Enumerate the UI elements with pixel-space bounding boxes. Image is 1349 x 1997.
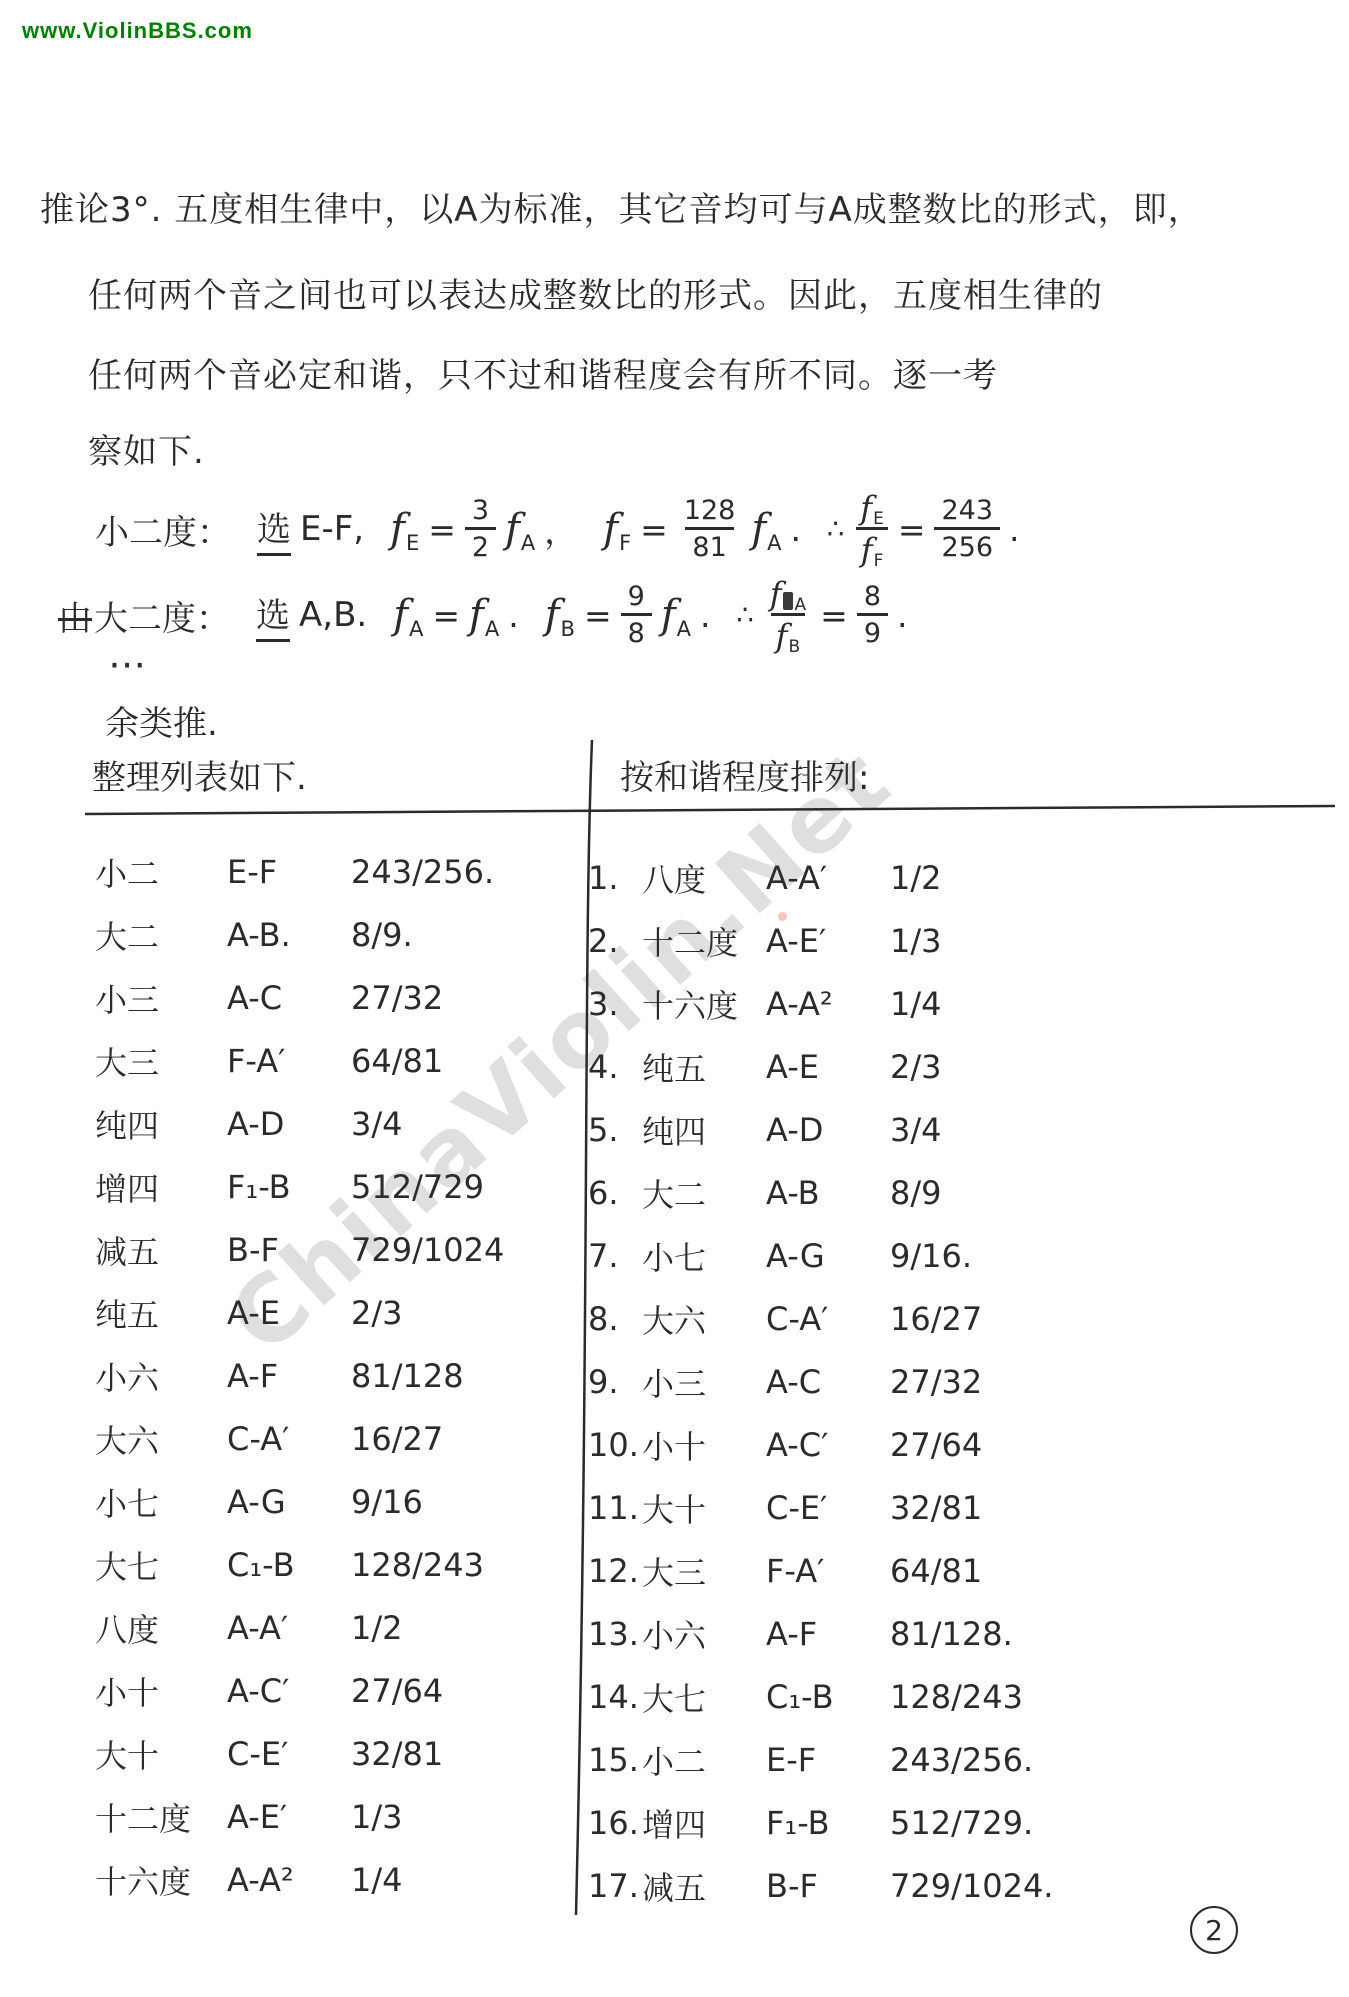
- table-row: 14. 大七 C₁-B 128/243: [588, 1665, 1053, 1728]
- row-number-cell: 16.: [588, 1804, 642, 1842]
- table-row: 12. 大三 F-A′ 64/81: [588, 1539, 1053, 1602]
- ratio-cell: 81/128: [351, 1357, 464, 1395]
- table-row: 减五 B-F 729/1024: [95, 1218, 504, 1281]
- notes-cell: B-F: [227, 1231, 343, 1269]
- interval-cell: 大十: [642, 1485, 766, 1531]
- interval-cell: 纯五: [642, 1044, 766, 1090]
- table-row: 小六 A-F 81/128: [95, 1344, 504, 1407]
- ratio-cell: 128/243: [351, 1546, 484, 1584]
- table-row: 十二度 A-E′ 1/3: [95, 1785, 504, 1848]
- notes-cell: B-F: [766, 1867, 882, 1905]
- interval-cell: 小二: [95, 849, 227, 895]
- interval-cell: 八度: [95, 1605, 227, 1651]
- table-row: 9. 小三 A-C 27/32: [588, 1350, 1053, 1413]
- harmony-order-table: 1. 八度 A-A′ 1/2 2. 十二度 A-E′ 1/3 3. 十六度 A-…: [588, 846, 1053, 1917]
- table-row: 7. 小七 A-G 9/16.: [588, 1224, 1053, 1287]
- ratio-cell: 8/9: [890, 1174, 942, 1212]
- scanned-notebook-page: ChinaViolin.Net www.ViolinBBS.com 推论3°. …: [0, 0, 1349, 1997]
- row-number-cell: 8.: [588, 1300, 642, 1338]
- scan-artifact-dot: [778, 912, 787, 921]
- interval-cell: 增四: [95, 1164, 227, 1210]
- table-row: 大二 A-B. 8/9.: [95, 903, 504, 966]
- table-row: 增四 F₁-B 512/729: [95, 1155, 504, 1218]
- table-row: 11. 大十 C-E′ 32/81: [588, 1476, 1053, 1539]
- interval-cell: 小二: [642, 1737, 766, 1783]
- notes-cell: A-C′: [227, 1672, 343, 1710]
- notes-cell: C-E′: [227, 1735, 343, 1773]
- ratio-cell: 1/4: [351, 1861, 403, 1899]
- ratio-cell: 1/2: [890, 859, 942, 897]
- interval-cell: 大七: [95, 1542, 227, 1588]
- table-row: 13. 小六 A-F 81/128.: [588, 1602, 1053, 1665]
- ratio-cell: 512/729.: [890, 1804, 1033, 1842]
- ratio-cell: 64/81: [351, 1042, 443, 1080]
- table-row: 八度 A-A′ 1/2: [95, 1596, 504, 1659]
- interval-cell: 小七: [95, 1479, 227, 1525]
- ratio-cell: 1/4: [890, 985, 942, 1023]
- notes-cell: E-F: [227, 853, 343, 891]
- table-row: 小十 A-C′ 27/64: [95, 1659, 504, 1722]
- notes-cell: E-F: [766, 1741, 882, 1779]
- interval-cell: 增四: [642, 1800, 766, 1846]
- interval-cell: 大十: [95, 1731, 227, 1777]
- interval-cell: 八度: [642, 855, 766, 901]
- notes-cell: A-G: [227, 1483, 343, 1521]
- table-row: 3. 十六度 A-A² 1/4: [588, 972, 1053, 1035]
- table-row: 十六度 A-A² 1/4: [95, 1848, 504, 1911]
- table-row: 15. 小二 E-F 243/256.: [588, 1728, 1053, 1791]
- interval-cell: 减五: [95, 1227, 227, 1273]
- notes-cell: F-A′: [766, 1552, 882, 1590]
- notes-cell: A-A²: [766, 985, 882, 1023]
- ratio-cell: 2/3: [351, 1294, 403, 1332]
- page-number: 2: [1205, 1914, 1223, 1947]
- interval-cell: 小十: [642, 1422, 766, 1468]
- notes-cell: F-A′: [227, 1042, 343, 1080]
- ratio-cell: 8/9.: [351, 916, 413, 954]
- interval-cell: 小三: [95, 975, 227, 1021]
- ratio-cell: 27/64: [890, 1426, 982, 1464]
- ratio-cell: 729/1024.: [890, 1867, 1053, 1905]
- ratio-cell: 16/27: [351, 1420, 443, 1458]
- row-number-cell: 11.: [588, 1489, 642, 1527]
- table-row: 小二 E-F 243/256.: [95, 840, 504, 903]
- ratio-cell: 1/2: [351, 1609, 403, 1647]
- ratio-cell: 27/64: [351, 1672, 443, 1710]
- row-number-cell: 2.: [588, 922, 642, 960]
- interval-cell: 小十: [95, 1668, 227, 1714]
- header-underline: [85, 806, 1335, 814]
- interval-cell: 大三: [95, 1038, 227, 1084]
- interval-cell: 小七: [642, 1233, 766, 1279]
- page-number-badge: 2: [1190, 1906, 1238, 1954]
- notes-cell: A-F: [766, 1615, 882, 1653]
- notes-cell: A-B: [766, 1174, 882, 1212]
- notes-cell: A-C: [766, 1363, 882, 1401]
- ratio-cell: 27/32: [351, 979, 443, 1017]
- interval-cell: 大三: [642, 1548, 766, 1594]
- table-row: 纯五 A-E 2/3: [95, 1281, 504, 1344]
- ratio-cell: 128/243: [890, 1678, 1023, 1716]
- notes-cell: C₁-B: [227, 1546, 343, 1584]
- row-number-cell: 1.: [588, 859, 642, 897]
- interval-cell: 大六: [95, 1416, 227, 1462]
- interval-cell: 减五: [642, 1863, 766, 1909]
- notes-cell: C-A′: [227, 1420, 343, 1458]
- row-number-cell: 17.: [588, 1867, 642, 1905]
- ratio-cell: 32/81: [351, 1735, 443, 1773]
- notes-cell: C-A′: [766, 1300, 882, 1338]
- notes-cell: A-A′: [227, 1609, 343, 1647]
- table-row: 大六 C-A′ 16/27: [95, 1407, 504, 1470]
- interval-cell: 纯五: [95, 1290, 227, 1336]
- notes-cell: A-D: [766, 1111, 882, 1149]
- notes-cell: C₁-B: [766, 1678, 882, 1716]
- table-row: 2. 十二度 A-E′ 1/3: [588, 909, 1053, 972]
- row-number-cell: 15.: [588, 1741, 642, 1779]
- interval-cell: 十二度: [95, 1794, 227, 1840]
- table-row: 17. 减五 B-F 729/1024.: [588, 1854, 1053, 1917]
- notes-cell: A-C: [227, 979, 343, 1017]
- notes-cell: C-E′: [766, 1489, 882, 1527]
- interval-cell: 纯四: [95, 1101, 227, 1147]
- notes-cell: A-C′: [766, 1426, 882, 1464]
- row-number-cell: 7.: [588, 1237, 642, 1275]
- row-number-cell: 4.: [588, 1048, 642, 1086]
- ratio-cell: 1/3: [890, 922, 942, 960]
- row-number-cell: 14.: [588, 1678, 642, 1716]
- notes-cell: A-A′: [766, 859, 882, 897]
- interval-cell: 大二: [95, 912, 227, 958]
- ratio-cell: 16/27: [890, 1300, 982, 1338]
- row-number-cell: 6.: [588, 1174, 642, 1212]
- ratio-cell: 3/4: [351, 1105, 403, 1143]
- ratio-cell: 81/128.: [890, 1615, 1013, 1653]
- interval-cell: 小三: [642, 1359, 766, 1405]
- ratio-cell: 27/32: [890, 1363, 982, 1401]
- row-number-cell: 13.: [588, 1615, 642, 1653]
- ratio-cell: 32/81: [890, 1489, 982, 1527]
- table-row: 8. 大六 C-A′ 16/27: [588, 1287, 1053, 1350]
- notes-cell: F₁-B: [227, 1168, 343, 1206]
- interval-list-table: 小二 E-F 243/256. 大二 A-B. 8/9. 小三 A-C 27/3…: [95, 840, 504, 1911]
- row-number-cell: 10.: [588, 1426, 642, 1464]
- notes-cell: A-E: [766, 1048, 882, 1086]
- table-row: 大十 C-E′ 32/81: [95, 1722, 504, 1785]
- notes-cell: A-F: [227, 1357, 343, 1395]
- ratio-cell: 9/16: [351, 1483, 423, 1521]
- notes-cell: A-B.: [227, 916, 343, 954]
- notes-cell: A-E′: [227, 1798, 343, 1836]
- table-row: 4. 纯五 A-E 2/3: [588, 1035, 1053, 1098]
- table-row: 1. 八度 A-A′ 1/2: [588, 846, 1053, 909]
- notes-cell: A-A²: [227, 1861, 343, 1899]
- row-number-cell: 5.: [588, 1111, 642, 1149]
- table-row: 大七 C₁-B 128/243: [95, 1533, 504, 1596]
- table-row: 纯四 A-D 3/4: [95, 1092, 504, 1155]
- ratio-cell: 9/16.: [890, 1237, 972, 1275]
- interval-cell: 小六: [95, 1353, 227, 1399]
- notes-cell: F₁-B: [766, 1804, 882, 1842]
- interval-cell: 十二度: [642, 918, 766, 964]
- table-row: 10. 小十 A-C′ 27/64: [588, 1413, 1053, 1476]
- interval-cell: 小六: [642, 1611, 766, 1657]
- table-row: 5. 纯四 A-D 3/4: [588, 1098, 1053, 1161]
- table-row: 小七 A-G 9/16: [95, 1470, 504, 1533]
- ratio-cell: 729/1024: [351, 1231, 504, 1269]
- notes-cell: A-E: [227, 1294, 343, 1332]
- table-row: 小三 A-C 27/32: [95, 966, 504, 1029]
- ratio-cell: 243/256.: [890, 1741, 1033, 1779]
- notes-cell: A-E′: [766, 922, 882, 960]
- row-number-cell: 3.: [588, 985, 642, 1023]
- interval-cell: 纯四: [642, 1107, 766, 1153]
- notes-cell: A-D: [227, 1105, 343, 1143]
- ratio-cell: 243/256.: [351, 853, 494, 891]
- interval-cell: 大七: [642, 1674, 766, 1720]
- table-row: 16. 增四 F₁-B 512/729.: [588, 1791, 1053, 1854]
- row-number-cell: 9.: [588, 1363, 642, 1401]
- table-row: 大三 F-A′ 64/81: [95, 1029, 504, 1092]
- row-number-cell: 12.: [588, 1552, 642, 1590]
- interval-cell: 十六度: [642, 981, 766, 1027]
- interval-cell: 大二: [642, 1170, 766, 1216]
- interval-cell: 大六: [642, 1296, 766, 1342]
- ratio-cell: 512/729: [351, 1168, 484, 1206]
- ratio-cell: 64/81: [890, 1552, 982, 1590]
- ratio-cell: 3/4: [890, 1111, 942, 1149]
- ratio-cell: 2/3: [890, 1048, 942, 1086]
- interval-cell: 十六度: [95, 1857, 227, 1903]
- table-row: 6. 大二 A-B 8/9: [588, 1161, 1053, 1224]
- ratio-cell: 1/3: [351, 1798, 403, 1836]
- notes-cell: A-G: [766, 1237, 882, 1275]
